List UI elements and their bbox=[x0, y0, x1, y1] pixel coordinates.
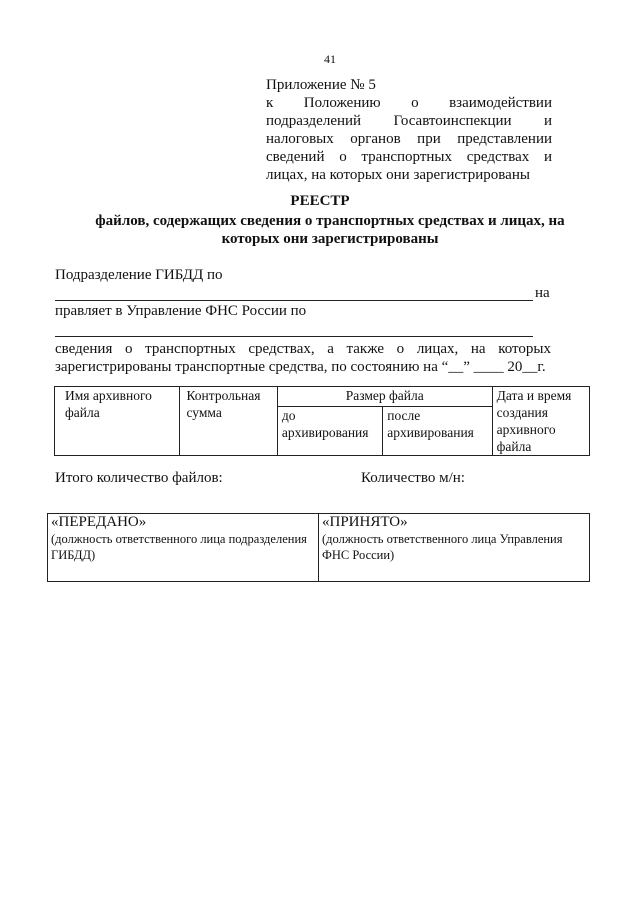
subtitle-line-2: которых они зарегистрированы bbox=[222, 231, 439, 247]
document-subtitle: файлов, содержащих сведения о транспортн… bbox=[40, 212, 600, 248]
signature-table: «ПЕРЕДАНО» (должность ответственного лиц… bbox=[47, 513, 590, 582]
header-checksum: Контрольная сумма bbox=[180, 387, 277, 456]
form-line-4: зарегистрированы транспортные средства, … bbox=[55, 358, 551, 376]
appendix-line: налоговых органов при представлении bbox=[266, 130, 552, 148]
header-file-size: Размер файла bbox=[277, 387, 492, 407]
received-label: «ПРИНЯТО» bbox=[322, 514, 586, 531]
total-files-label: Итого количество файлов: bbox=[55, 470, 223, 487]
registry-table: Имя архивного файла Контрольная сумма Ра… bbox=[54, 386, 590, 456]
form-description: сведения о транспортных средствах, а так… bbox=[55, 340, 551, 376]
header-before-archiving: до архивирования bbox=[277, 407, 382, 456]
transferred-position: (должность ответственного лица подраздел… bbox=[51, 531, 315, 563]
gibdd-unit-field[interactable] bbox=[55, 300, 533, 301]
transferred-label: «ПЕРЕДАНО» bbox=[51, 514, 315, 531]
appendix-line: сведений о транспортных средствах и bbox=[266, 148, 552, 166]
page-number: 41 bbox=[0, 52, 640, 67]
appendix-block: Приложение № 5 к Положению о взаимодейст… bbox=[266, 76, 552, 184]
received-cell: «ПРИНЯТО» (должность ответственного лица… bbox=[319, 514, 590, 582]
header-created: Дата и время создания архивного файла bbox=[492, 387, 589, 456]
media-count-label: Количество м/н: bbox=[361, 470, 465, 487]
appendix-title: Приложение № 5 bbox=[266, 76, 552, 94]
gibdd-unit-label: Подразделение ГИБДД по bbox=[55, 266, 551, 284]
fns-office-field[interactable] bbox=[55, 336, 533, 337]
fns-office-label: правляет в Управление ФНС России по bbox=[55, 302, 551, 320]
appendix-line: лицах, на которых они зарегистрированы bbox=[266, 166, 552, 184]
line-suffix-na: на bbox=[535, 285, 550, 302]
header-file-name: Имя архивного файла bbox=[55, 387, 180, 456]
transferred-cell: «ПЕРЕДАНО» (должность ответственного лиц… bbox=[48, 514, 319, 582]
appendix-line: подразделений Госавтоинспекции и bbox=[266, 112, 552, 130]
appendix-line: к Положению о взаимодействии bbox=[266, 94, 552, 112]
received-position: (должность ответственного лица Управлени… bbox=[322, 531, 586, 563]
subtitle-line-1: файлов, содержащих сведения о транспортн… bbox=[95, 213, 564, 229]
document-title: РЕЕСТР bbox=[0, 192, 640, 210]
header-after-archiving: после архивирования bbox=[383, 407, 492, 456]
form-line-3: сведения о транспортных средствах, а так… bbox=[55, 340, 551, 358]
